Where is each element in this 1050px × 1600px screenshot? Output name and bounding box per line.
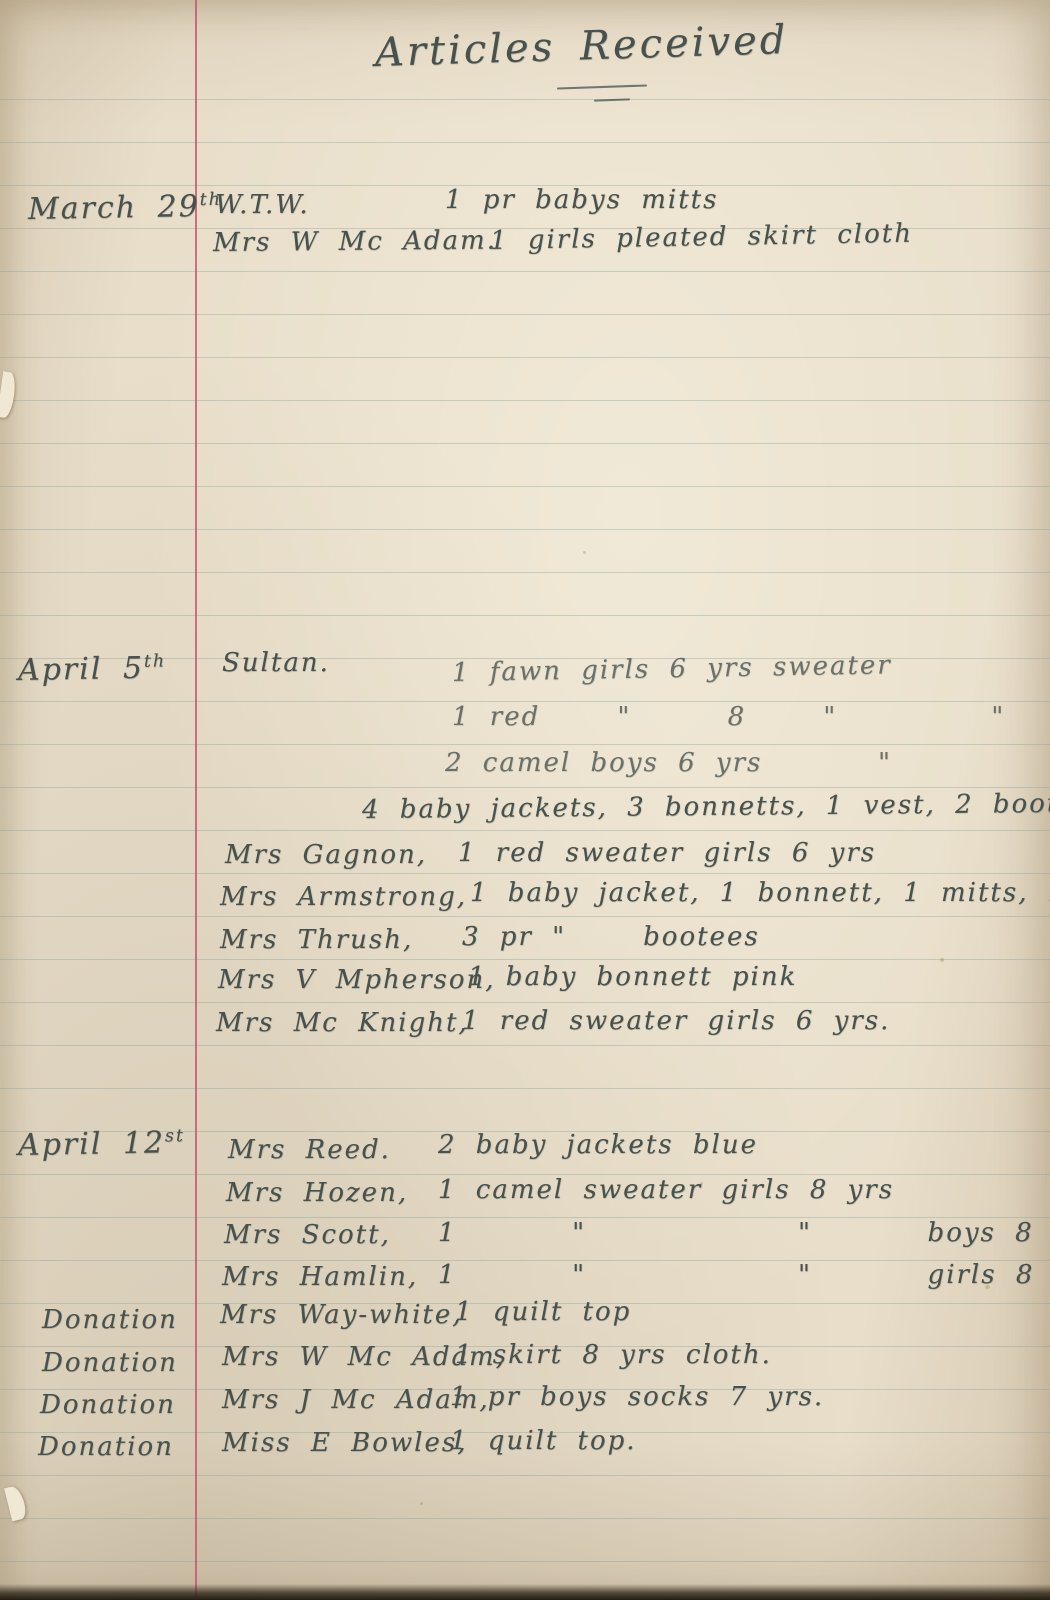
items-text: 1 red sweater girls 6 yrs. — [462, 1006, 890, 1036]
items-text: 1 quilt top — [455, 1297, 631, 1327]
items-text: 2 camel boys 6 yrs " — [445, 748, 892, 778]
items-text: 2 baby jackets blue — [438, 1130, 758, 1160]
donation-label: Donation — [42, 1305, 178, 1335]
margin-line — [195, 0, 197, 1600]
donation-label: Donation — [42, 1348, 178, 1378]
paper-speck — [700, 1182, 703, 1185]
items-text: 1 girls pleated skirt cloth — [490, 219, 913, 256]
paper-speck — [420, 1502, 423, 1505]
donor-name: Sultan. — [222, 648, 330, 678]
donor-name: Mrs Gagnon, — [225, 840, 427, 870]
donor-name: Mrs Way-white, — [220, 1300, 463, 1330]
title-underline — [557, 84, 647, 89]
entry-date: April 5th — [18, 650, 167, 688]
donor-name: Mrs Thrush, — [220, 925, 413, 955]
items-text: 1 baby jacket, 1 bonnett, 1 mitts, 1 boo… — [470, 878, 1050, 908]
entry-date: April 12st — [18, 1125, 186, 1163]
donation-label: Donation — [40, 1390, 176, 1420]
title-underline-2 — [594, 98, 630, 101]
paper-tear — [0, 371, 17, 419]
items-text: 1 red " 8 " " — [452, 702, 1005, 732]
entry-date-text: March 29 — [28, 189, 200, 227]
entry-date-text: April 12 — [18, 1125, 166, 1163]
donor-name: Mrs Reed. — [228, 1135, 391, 1165]
donor-name: Mrs W Mc Adam. — [213, 226, 497, 258]
paper-speck — [985, 1285, 990, 1289]
items-text: 4 baby jackets, 3 bonnetts, 1 vest, 2 bo… — [362, 788, 1050, 825]
items-text: 1 " " boys 8 " — [438, 1218, 1050, 1248]
items-text: 1 skirt 8 yrs cloth. — [455, 1340, 772, 1370]
page-bottom-edge — [0, 1584, 1050, 1600]
donor-name: Mrs V Mpherson, — [218, 965, 496, 995]
paper-speck — [583, 551, 586, 554]
donor-name: W.T.W. — [215, 190, 310, 220]
entry-date-suffix: st — [165, 1126, 185, 1146]
entry-date-suffix: th — [144, 651, 167, 671]
paper-tear — [4, 1485, 28, 1522]
items-text: 1 quilt top. — [450, 1426, 637, 1456]
donor-name: Miss E Bowles, — [222, 1428, 467, 1458]
items-text: 1 " " girls 8 " — [438, 1260, 1050, 1290]
donor-name: Mrs Hozen, — [226, 1178, 408, 1208]
donation-label: Donation — [38, 1432, 174, 1462]
donor-name: Mrs Scott, — [224, 1220, 391, 1250]
donor-name: Mrs Armstrong, — [220, 882, 467, 912]
paper-speck — [940, 958, 944, 962]
items-text: 1 pr babys mitts — [445, 185, 718, 215]
items-text: 1 red sweater girls 6 yrs — [458, 838, 876, 868]
items-text: 1 camel sweater girls 8 yrs — [438, 1175, 894, 1205]
items-text: 1 baby bonnett pink — [468, 962, 797, 992]
donor-name: Mrs Mc Knight, — [216, 1008, 469, 1038]
items-text: 3 pr " bootees — [462, 922, 760, 952]
entry-date-text: April 5 — [18, 651, 145, 688]
entry-date: March 29th — [28, 189, 223, 227]
items-text: 1 pr boys socks 7 yrs. — [450, 1382, 824, 1412]
page-title: Articles Received — [374, 17, 789, 76]
ledger-page: Articles Received March 29th W.T.W. 1 pr… — [0, 0, 1050, 1600]
donor-name: Mrs Hamlin, — [222, 1262, 418, 1292]
items-text: 1 fawn girls 6 yrs sweater — [452, 650, 892, 688]
